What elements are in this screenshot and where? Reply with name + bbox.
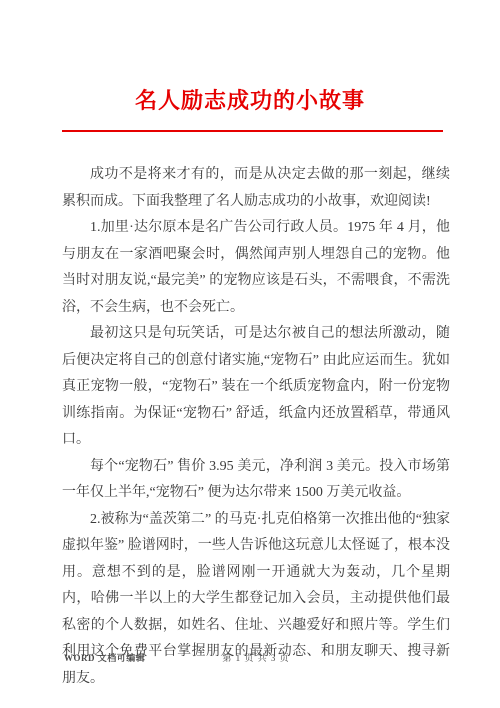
document-page: 名人励志成功的小故事 成功不是将来才有的，而是从决定去做的那一刻起，继续累积而成… bbox=[0, 0, 500, 708]
document-body: 成功不是将来才有的，而是从决定去做的那一刻起，继续累积而成。下面我整理了名人励志… bbox=[62, 162, 450, 692]
document-title: 名人励志成功的小故事 bbox=[0, 88, 500, 114]
paragraph-story1-middle: 最初这只是句玩笑话，可是达尔被自己的想法所激动，随后便决定将自己的创意付诸实施,… bbox=[62, 321, 450, 454]
paragraph-story1-end: 每个“宠物石” 售价 3.95 美元，净利润 3 美元。投入市场第一年仅上半年,… bbox=[62, 454, 450, 507]
paragraph-intro: 成功不是将来才有的，而是从决定去做的那一刻起，继续累积而成。下面我整理了名人励志… bbox=[62, 162, 450, 215]
footer-watermark-label: WORD 文档可编辑 bbox=[64, 651, 145, 664]
page-footer: WORD 文档可编辑 第 1 页 共 3 页 bbox=[62, 651, 450, 665]
footer-page-number: 第 1 页 共 3 页 bbox=[222, 651, 289, 664]
title-divider-line bbox=[62, 130, 443, 132]
paragraph-story1-start: 1.加里·达尔原本是名广告公司行政人员。1975 年 4 月，他与朋友在一家酒吧… bbox=[62, 215, 450, 321]
